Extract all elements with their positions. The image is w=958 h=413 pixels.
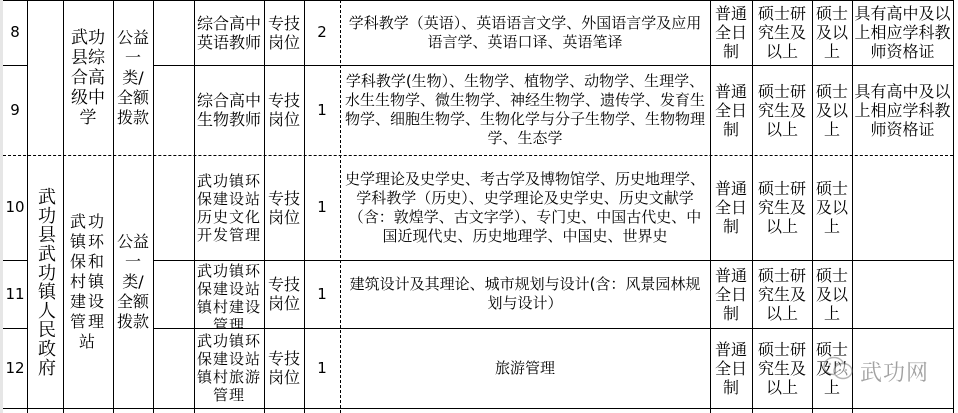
education-text: 硕士研究生及以上 [756, 266, 808, 323]
study-form-text: 普通全日制 [714, 266, 748, 323]
position-name: 武功镇环保建设站镇村建设管理 [194, 260, 264, 328]
funding-type: 公益一类/全额拨款 [115, 232, 151, 332]
row-number: 8 [3, 0, 27, 65]
other-text: 具有高中及以上相应学科教师资格证 [855, 4, 951, 61]
grid-line [194, 0, 195, 413]
degree: 硕士及以上 [812, 65, 852, 155]
grid-line [3, 65, 27, 66]
study-form: 普通全日制 [710, 0, 752, 65]
other-requirements [852, 155, 953, 260]
grid-line [304, 0, 305, 413]
study-form-text: 普通全日制 [714, 179, 748, 236]
grid-line [752, 0, 753, 413]
post-type: 专技岗位 [264, 260, 304, 328]
grid-line [264, 0, 265, 413]
funding-type: 公益一类/全额拨款 [115, 28, 151, 128]
row-number: 9 [3, 65, 27, 155]
education-level: 硕士研究生及以上 [752, 260, 812, 328]
grid-line [63, 0, 64, 413]
unit-cell: 武功县综合高级中学 [63, 0, 113, 155]
position-text: 武功镇环保建设站镇村建设管理 [197, 262, 261, 328]
other-requirements [852, 260, 953, 328]
unit-cell: 武功镇环保和村镇建设管理站 [63, 155, 113, 408]
department-name: 武功县武功镇人民政府 [34, 187, 56, 377]
degree-text: 硕士及以上 [815, 266, 849, 323]
grid-line [3, 260, 27, 261]
other-text: 具有高中及以上相应学科教师资格证 [855, 82, 951, 139]
unit-name: 武功镇环保和村镇建设管理站 [68, 212, 108, 352]
education-text: 硕士研究生及以上 [756, 82, 808, 139]
post-type: 专技岗位 [264, 328, 304, 408]
hire-count: 1 [304, 328, 340, 408]
majors: 史学理论及史学史、考古学及博物馆学、历史地理学、学科教学（历史）、史学理论及史学… [340, 155, 710, 260]
row-number: 10 [3, 155, 27, 260]
hire-count: 1 [304, 155, 340, 260]
grid-line [153, 260, 953, 261]
grid-line [3, 328, 27, 329]
post-type-text: 专技岗位 [267, 91, 301, 129]
study-form: 普通全日制 [710, 155, 752, 260]
study-form: 普通全日制 [710, 328, 752, 408]
grid-line [340, 0, 341, 413]
unit-name: 武功县综合高级中学 [68, 28, 108, 128]
grid-line [852, 0, 853, 413]
grid-line [812, 0, 813, 413]
post-type: 专技岗位 [264, 0, 304, 65]
grid-line [3, 155, 953, 156]
degree-text: 硕士及以上 [815, 4, 849, 61]
education-level: 硕士研究生及以上 [752, 328, 812, 408]
degree-text: 硕士及以上 [815, 82, 849, 139]
majors: 建筑设计及其理论、城市规划与设计(含：风景园林规划与设计） [340, 260, 710, 328]
degree: 硕士及以上 [812, 0, 852, 65]
hire-count: 1 [304, 260, 340, 328]
grid-line [153, 65, 953, 66]
row-number: 12 [3, 328, 27, 408]
post-type-text: 专技岗位 [267, 14, 301, 52]
grid-line [113, 0, 114, 413]
post-type-text: 专技岗位 [267, 349, 301, 387]
study-form-text: 普通全日制 [714, 4, 748, 61]
department-cell: 武功县武功镇人民政府 [27, 155, 63, 408]
watermark-text: 武功网 [860, 356, 929, 387]
position-text: 综合高中生物教师 [196, 91, 262, 129]
education-level: 硕士研究生及以上 [752, 65, 812, 155]
education-text: 硕士研究生及以上 [756, 179, 808, 236]
post-type-text: 专技岗位 [267, 189, 301, 227]
row-number: 11 [3, 260, 27, 328]
position-name: 武功镇环保建设站历史文化开发管理 [194, 155, 264, 260]
post-type: 专技岗位 [264, 155, 304, 260]
grid-line [953, 0, 954, 413]
study-form-text: 普通全日制 [714, 82, 748, 139]
position-name: 武功镇环保建设站镇村旅游管理 [194, 328, 264, 408]
grid-line [153, 328, 953, 329]
wechat-icon [822, 355, 854, 387]
education-level: 硕士研究生及以上 [752, 0, 812, 65]
degree-text: 硕士及以上 [815, 179, 849, 236]
post-type: 专技岗位 [264, 65, 304, 155]
grid-line [153, 0, 154, 413]
position-name: 综合高中英语教师 [194, 0, 264, 65]
position-text: 武功镇环保建设站镇村旅游管理 [197, 332, 261, 404]
grid-line [3, 0, 953, 1]
study-form: 普通全日制 [710, 65, 752, 155]
degree: 硕士及以上 [812, 260, 852, 328]
funding-cell: 公益一类/全额拨款 [113, 0, 153, 155]
degree: 硕士及以上 [812, 155, 852, 260]
watermark: 武功网 [822, 355, 929, 387]
position-text: 武功镇环保建设站历史文化开发管理 [197, 172, 261, 244]
education-text: 硕士研究生及以上 [756, 340, 808, 397]
grid-line [710, 0, 711, 413]
grid-line [3, 408, 953, 409]
other-requirements: 具有高中及以上相应学科教师资格证 [852, 65, 953, 155]
majors: 旅游管理 [340, 328, 710, 408]
study-form-text: 普通全日制 [714, 340, 748, 397]
majors: 学科教学(生物）、生物学、植物学、动物学、生理学、水生生物学、微生物学、神经生物… [340, 65, 710, 155]
education-level: 硕士研究生及以上 [752, 155, 812, 260]
position-name: 综合高中生物教师 [194, 65, 264, 155]
funding-cell: 公益一类/全额拨款 [113, 155, 153, 408]
majors: 学科教学（英语）、英语语言文学、外国语言学及应用语言学、英语口译、英语笔译 [340, 0, 710, 65]
study-form: 普通全日制 [710, 260, 752, 328]
position-text: 综合高中英语教师 [196, 14, 262, 52]
education-text: 硕士研究生及以上 [756, 4, 808, 61]
post-type-text: 专技岗位 [267, 275, 301, 313]
other-requirements: 具有高中及以上相应学科教师资格证 [852, 0, 953, 65]
hire-count: 2 [304, 0, 340, 65]
hire-count: 1 [304, 65, 340, 155]
grid-line [27, 0, 28, 413]
